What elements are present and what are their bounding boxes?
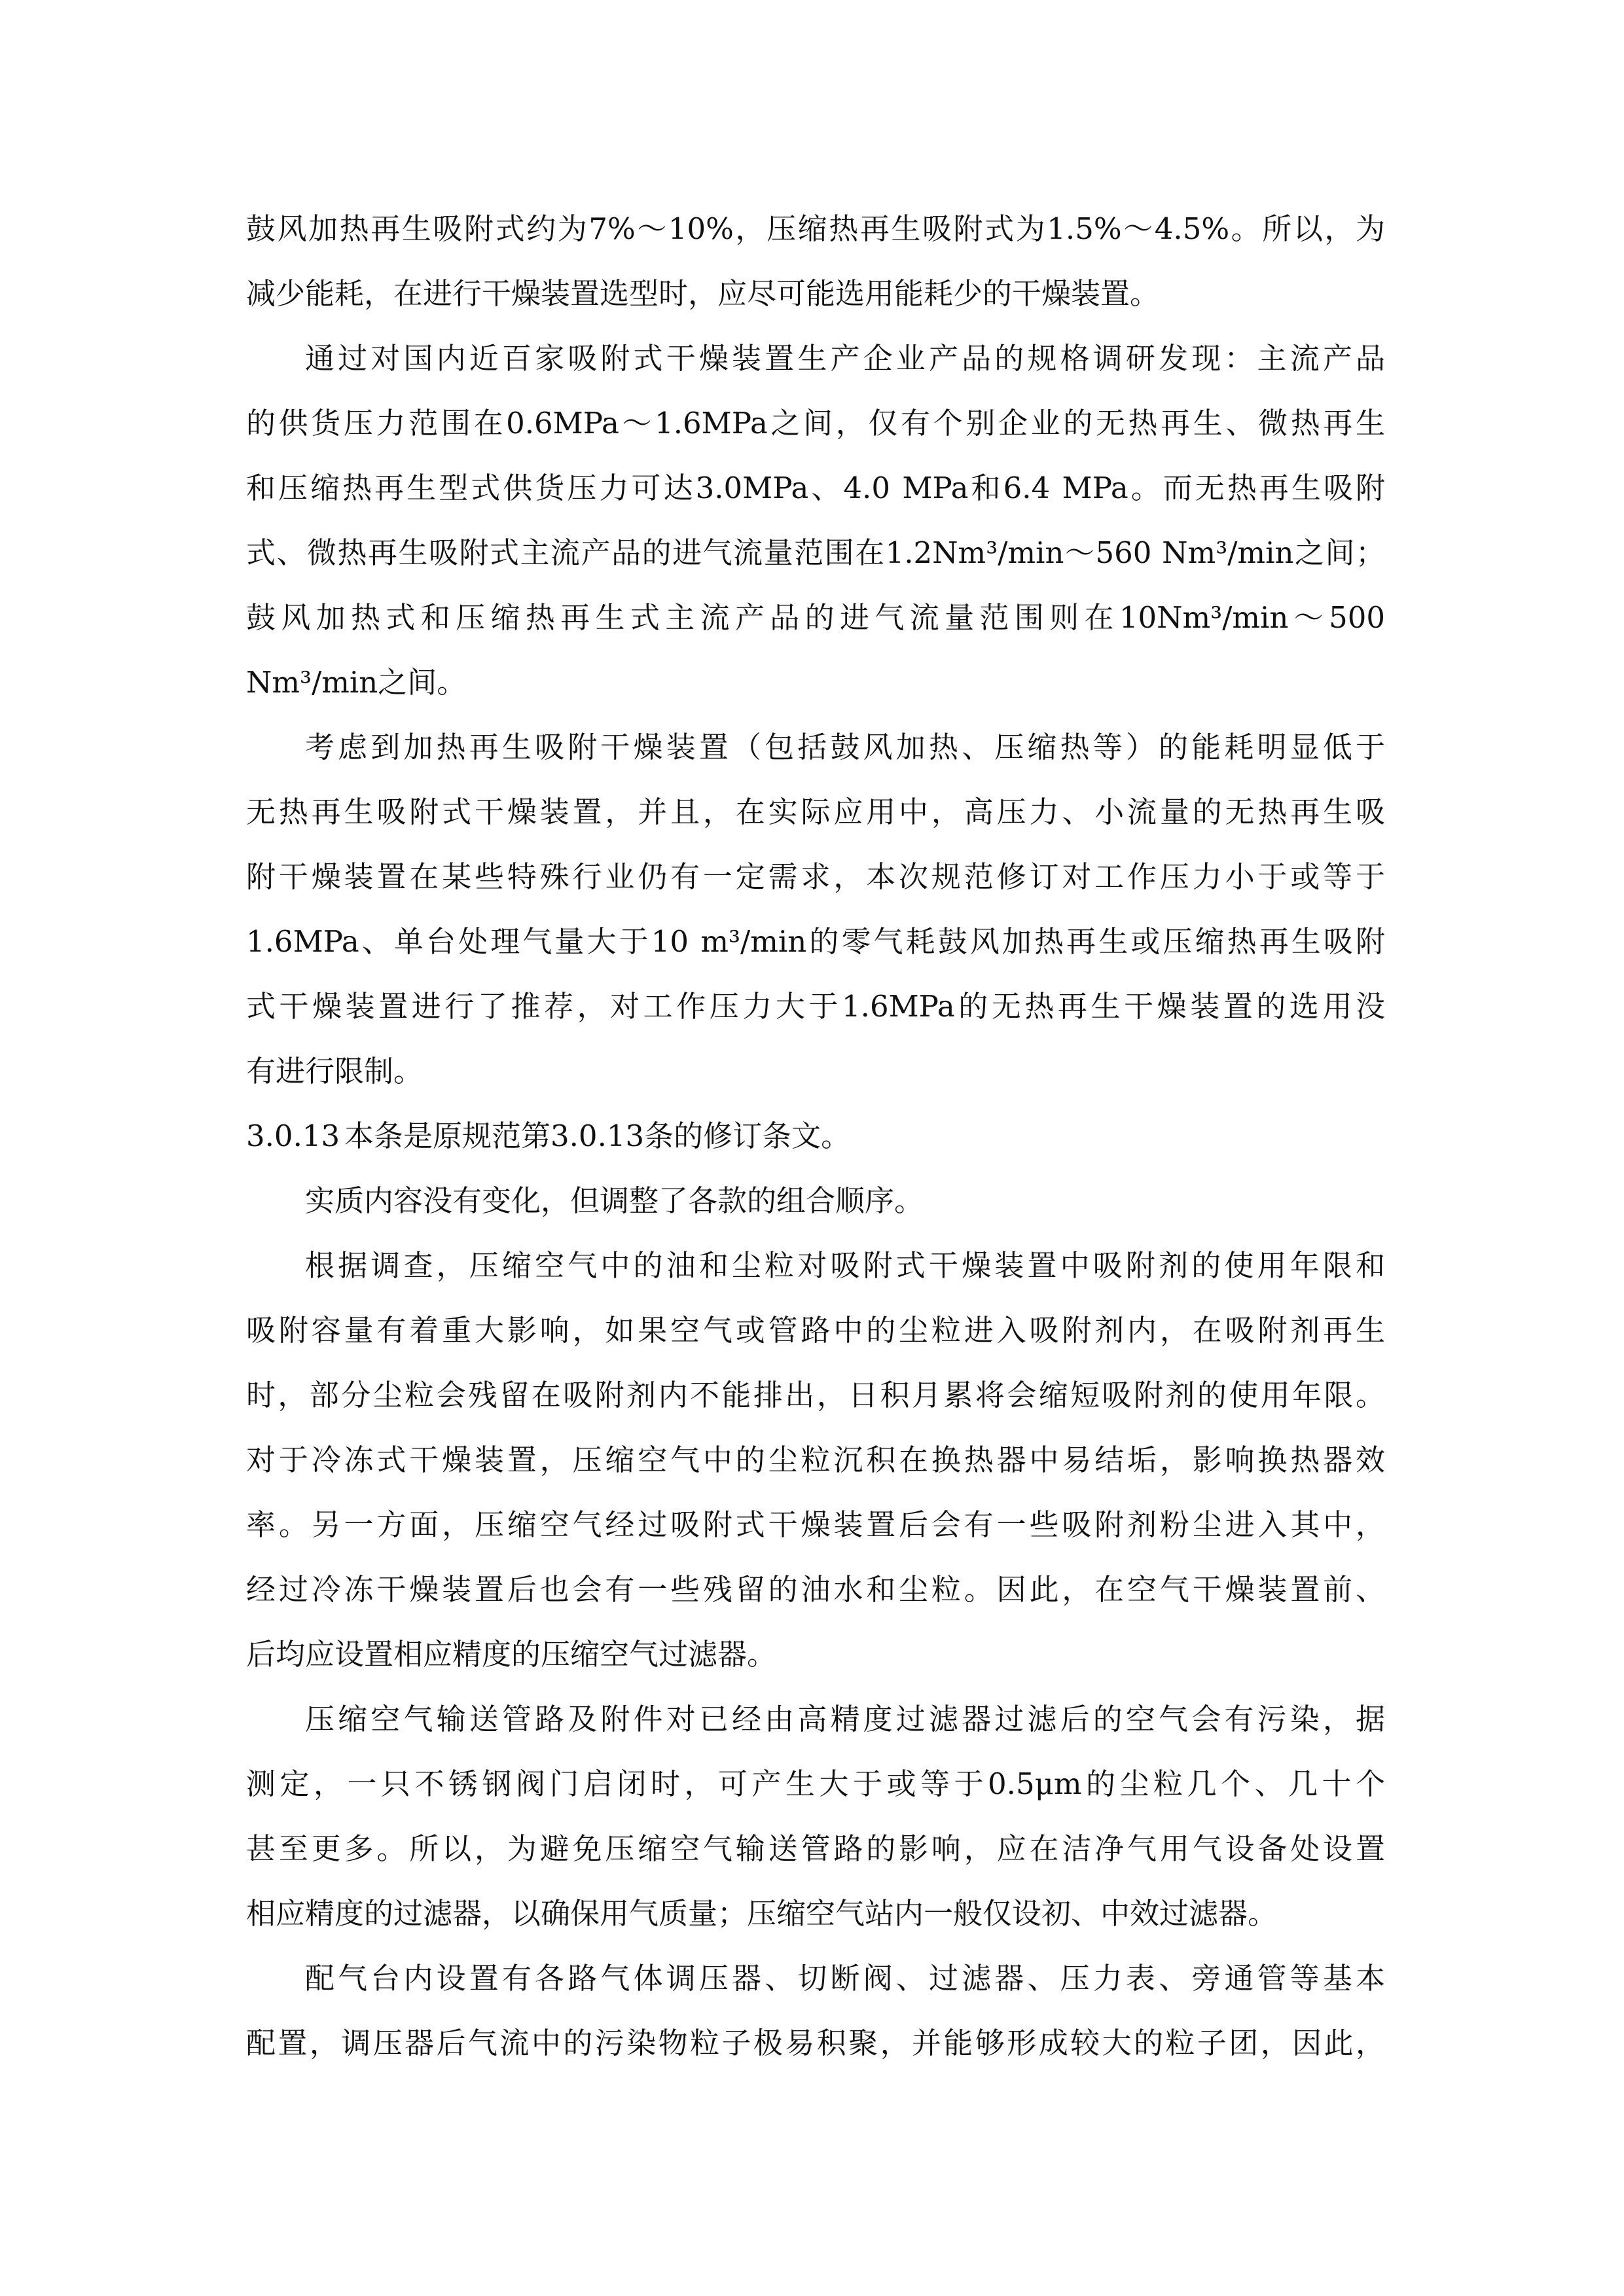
text-line: 减少能耗，在进行干燥装置选型时，应尽可能选用能耗少的干燥装置。 bbox=[246, 261, 1385, 326]
clause-title: 本条是原规范第3.0.13条的修订条文。 bbox=[344, 1119, 850, 1153]
text-line: 时，部分尘粒会残留在吸附剂内不能排出，日积月累将会缩短吸附剂的使用年限。 bbox=[246, 1363, 1385, 1427]
clause-line: 3.0.13本条是原规范第3.0.13条的修订条文。 bbox=[246, 1103, 1385, 1168]
text-line: Nm³/min之间。 bbox=[246, 650, 1385, 715]
text-line: 经过冷冻干燥装置后也会有一些残留的油水和尘粒。因此，在空气干燥装置前、 bbox=[246, 1557, 1385, 1622]
text-line: 测定，一只不锈钢阀门启闭时，可产生大于或等于0.5μm的尘粒几个、几十个 bbox=[246, 1751, 1385, 1816]
paragraph-oil-dust-impact: 根据调查，压缩空气中的油和尘粒对吸附式干燥装置中吸附剂的使用年限和 吸附容量有着… bbox=[246, 1233, 1385, 1687]
text-line: 有进行限制。 bbox=[246, 1039, 1385, 1103]
paragraph-recommendation: 考虑到加热再生吸附干燥装置（包括鼓风加热、压缩热等）的能耗明显低于 无热再生吸附… bbox=[246, 715, 1385, 1103]
text-line: 鼓风加热式和压缩热再生式主流产品的进气流量范围则在10Nm³/min～500 bbox=[246, 585, 1385, 650]
text-line: 率。另一方面，压缩空气经过吸附式干燥装置后会有一些吸附剂粉尘进入其中， bbox=[246, 1492, 1385, 1557]
text-line: 甚至更多。所以，为避免压缩空气输送管路的影响，应在洁净气用气设备处设置 bbox=[246, 1816, 1385, 1881]
paragraph-no-change: 实质内容没有变化，但调整了各款的组合顺序。 bbox=[246, 1168, 1385, 1233]
text-line: 配置，调压器后气流中的污染物粒子极易积聚，并能够形成较大的粒子团，因此， bbox=[246, 2011, 1385, 2075]
text-line: 根据调查，压缩空气中的油和尘粒对吸附式干燥装置中吸附剂的使用年限和 bbox=[246, 1233, 1385, 1298]
document-page: 鼓风加热再生吸附式约为7%～10%，压缩热再生吸附式为1.5%～4.5%。所以，… bbox=[246, 196, 1385, 2075]
text-line: 实质内容没有变化，但调整了各款的组合顺序。 bbox=[246, 1168, 1385, 1233]
paragraph-gas-distribution: 配气台内设置有各路气体调压器、切断阀、过滤器、压力表、旁通管等基本 配置，调压器… bbox=[246, 1946, 1385, 2075]
text-line: 通过对国内近百家吸附式干燥装置生产企业产品的规格调研发现：主流产品 bbox=[246, 326, 1385, 391]
paragraph-pipeline-pollution: 压缩空气输送管路及附件对已经由高精度过滤器过滤后的空气会有污染，据 测定，一只不… bbox=[246, 1687, 1385, 1946]
text-line: 相应精度的过滤器，以确保用气质量；压缩空气站内一般仅设初、中效过滤器。 bbox=[246, 1881, 1385, 1946]
text-line: 吸附容量有着重大影响，如果空气或管路中的尘粒进入吸附剂内，在吸附剂再生 bbox=[246, 1298, 1385, 1363]
text-line: 式、微热再生吸附式主流产品的进气流量范围在1.2Nm³/min～560 Nm³/… bbox=[246, 520, 1385, 585]
text-line: 后均应设置相应精度的压缩空气过滤器。 bbox=[246, 1622, 1385, 1687]
text-line: 和压缩热再生型式供货压力可达3.0MPa、4.0 MPa和6.4 MPa。而无热… bbox=[246, 456, 1385, 520]
text-line: 1.6MPa、单台处理气量大于10 m³/min的零气耗鼓风加热再生或压缩热再生… bbox=[246, 909, 1385, 974]
clause-heading: 3.0.13本条是原规范第3.0.13条的修订条文。 bbox=[246, 1103, 1385, 1168]
clause-number: 3.0.13 bbox=[246, 1103, 344, 1168]
text-line: 附干燥装置在某些特殊行业仍有一定需求，本次规范修订对工作压力小于或等于 bbox=[246, 844, 1385, 909]
text-line: 考虑到加热再生吸附干燥装置（包括鼓风加热、压缩热等）的能耗明显低于 bbox=[246, 715, 1385, 780]
paragraph-market-survey: 通过对国内近百家吸附式干燥装置生产企业产品的规格调研发现：主流产品 的供货压力范… bbox=[246, 326, 1385, 715]
text-line: 鼓风加热再生吸附式约为7%～10%，压缩热再生吸附式为1.5%～4.5%。所以，… bbox=[246, 196, 1385, 261]
text-line: 无热再生吸附式干燥装置，并且，在实际应用中，高压力、小流量的无热再生吸 bbox=[246, 780, 1385, 844]
text-line: 配气台内设置有各路气体调压器、切断阀、过滤器、压力表、旁通管等基本 bbox=[246, 1946, 1385, 2011]
paragraph-energy-consumption: 鼓风加热再生吸附式约为7%～10%，压缩热再生吸附式为1.5%～4.5%。所以，… bbox=[246, 196, 1385, 326]
text-line: 式干燥装置进行了推荐，对工作压力大于1.6MPa的无热再生干燥装置的选用没 bbox=[246, 974, 1385, 1039]
text-line: 对于冷冻式干燥装置，压缩空气中的尘粒沉积在换热器中易结垢，影响换热器效 bbox=[246, 1427, 1385, 1492]
text-line: 压缩空气输送管路及附件对已经由高精度过滤器过滤后的空气会有污染，据 bbox=[246, 1687, 1385, 1751]
text-line: 的供货压力范围在0.6MPa～1.6MPa之间，仅有个别企业的无热再生、微热再生 bbox=[246, 391, 1385, 456]
